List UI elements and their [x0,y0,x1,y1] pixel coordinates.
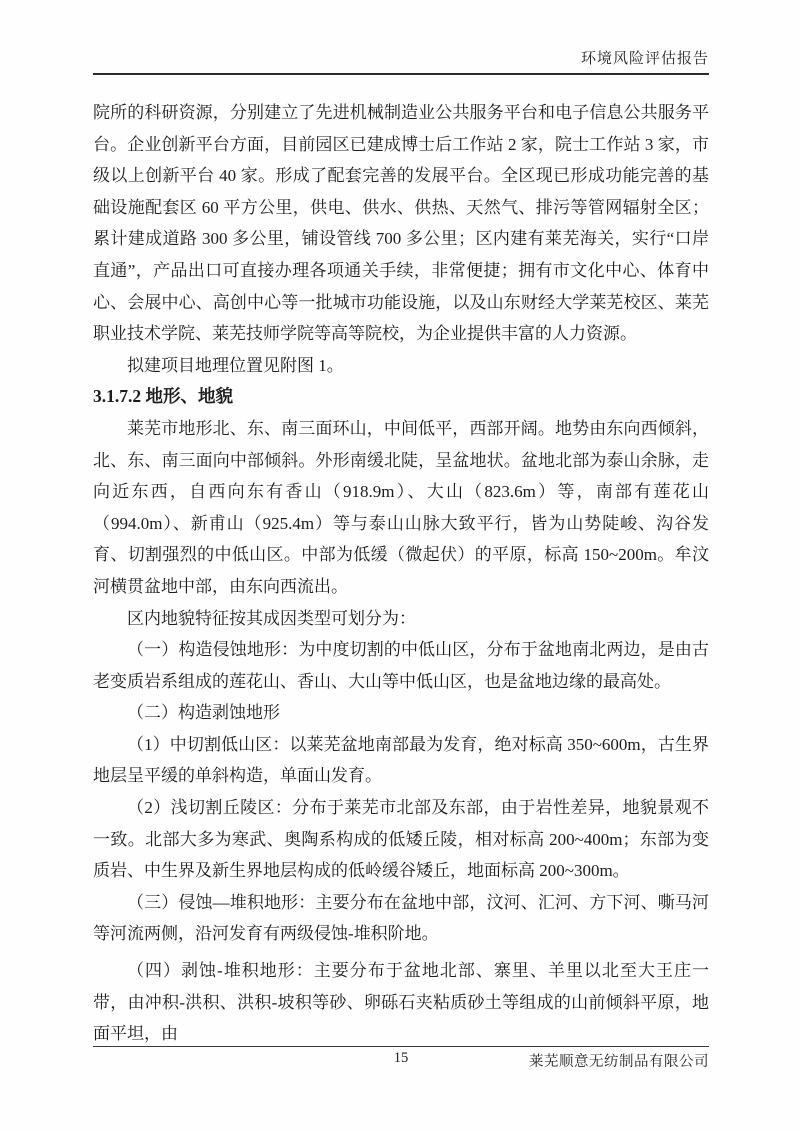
footer-rule [93,1046,709,1047]
page-footer: 15 莱芜顺意无纺制品有限公司 [93,1050,709,1070]
document-body: 院所的科研资源，分别建立了先进机械制造业公共服务平台和电子信息公共服务平台。企业… [93,97,709,1050]
paragraph: （2）浅切割丘陵区：分布于莱芜市北部及东部，由于岩性差异，地貌景观不一致。北部大… [93,792,709,887]
document-page: 环境风险评估报告 院所的科研资源，分别建立了先进机械制造业公共服务平台和电子信息… [0,0,800,1131]
paragraph: （一）构造侵蚀地形：为中度切割的中低山区，分布于盆地南北两边，是由古老变质岩系组… [93,634,709,697]
paragraph: 拟建项目地理位置见附图 1。 [93,350,709,382]
paragraph: （四）剥蚀-堆积地形：主要分布于盆地北部、寨里、羊里以北至大王庄一带，由冲积-洪… [93,955,709,1050]
paragraph: 院所的科研资源，分别建立了先进机械制造业公共服务平台和电子信息公共服务平台。企业… [93,97,709,350]
paragraph: 莱芜市地形北、东、南三面环山，中间低平，西部开阔。地势由东向西倾斜，北、东、南三… [93,413,709,603]
header-rule [93,73,709,75]
footer-company-name: 莱芜顺意无纺制品有限公司 [529,1050,709,1071]
paragraph: （二）构造剥蚀地形 [93,697,709,729]
paragraph: 区内地貌特征按其成因类型可划分为： [93,603,709,635]
header-title: 环境风险评估报告 [93,47,709,68]
section-heading: 3.1.7.2 地形、地貌 [93,381,709,413]
paragraph: （三）侵蚀—堆积地形：主要分布在盆地中部，汶河、汇河、方下河、嘶马河等河流两侧，… [93,887,709,950]
paragraph: （1）中切割低山区：以莱芜盆地南部最为发育，绝对标高 350~600m，古生界地… [93,729,709,792]
